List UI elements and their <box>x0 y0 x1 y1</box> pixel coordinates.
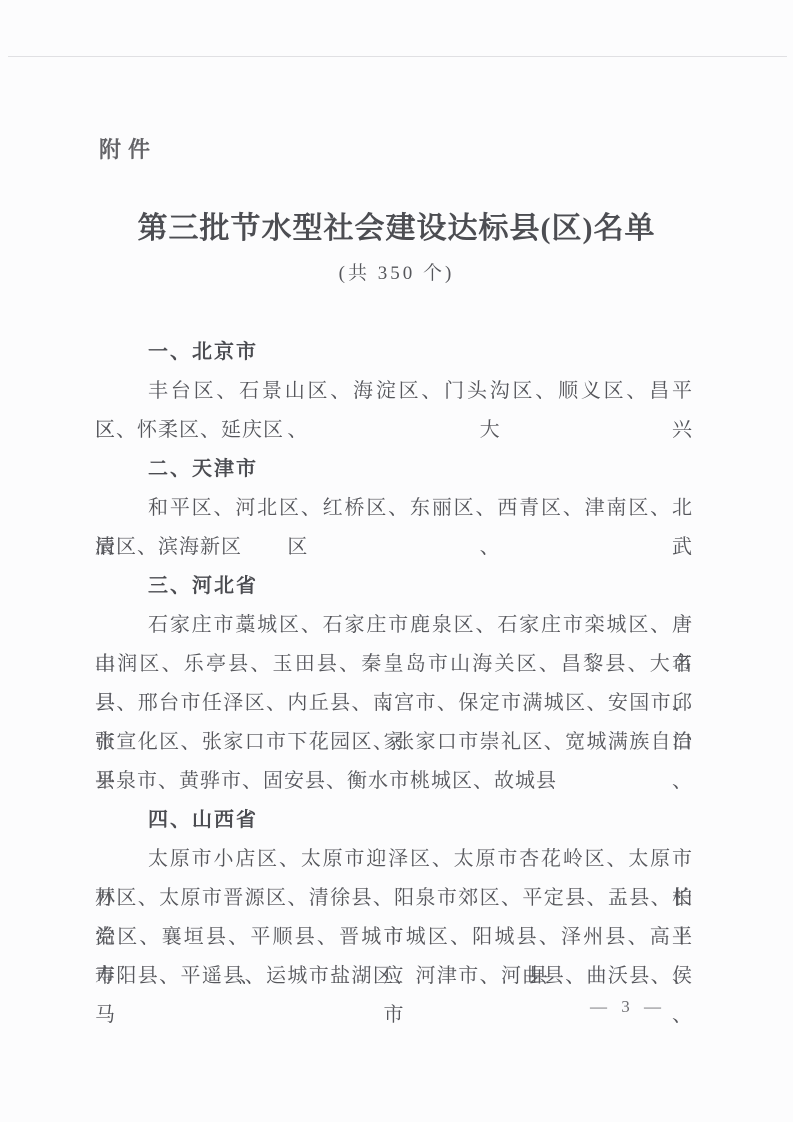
region-list-line: 党区、襄垣县、平顺县、晋城市城区、阳城县、泽州县、高平市、应县、 <box>95 918 693 957</box>
region-list-line: 和平区、河北区、红桥区、东丽区、西青区、津南区、北辰区、武 <box>95 489 693 528</box>
region-list-line: 市宣化区、张家口市下花园区、张家口市崇礼区、宽城满族自治县、 <box>95 723 693 762</box>
section-heading-shanxi: 四、山西省 <box>95 801 693 840</box>
region-list-line: 太原市小店区、太原市迎泽区、太原市杏花岭区、太原市万柏 <box>95 840 693 879</box>
section-heading-hebei: 三、河北省 <box>95 567 693 606</box>
region-list-line: 寿阳县、平遥县、运城市盐湖区、河津市、河曲县、曲沃县、侯马市、 <box>95 957 693 996</box>
document-body: 一、北京市 丰台区、石景山区、海淀区、门头沟区、顺义区、昌平区、大兴 区、怀柔区… <box>95 333 693 996</box>
attachment-label: 附件 <box>99 133 157 164</box>
document-title: 第三批节水型社会建设达标县(区)名单 <box>0 203 793 247</box>
scan-artifact-line <box>8 56 787 57</box>
region-list-line: 丰台区、石景山区、海淀区、门头沟区、顺义区、昌平区、大兴 <box>95 372 693 411</box>
section-heading-tianjin: 二、天津市 <box>95 450 693 489</box>
document-page: 附件 第三批节水型社会建设达标县(区)名单 (共 350 个) 一、北京市 丰台… <box>0 0 793 1122</box>
section-heading-beijing: 一、北京市 <box>95 333 693 372</box>
region-list-line: 丰润区、乐亭县、玉田县、秦皇岛市山海关区、昌黎县、大名县、邱 <box>95 645 693 684</box>
region-list-line: 县、邢台市任泽区、内丘县、南宫市、保定市满城区、安国市、张家口 <box>95 684 693 723</box>
region-list-line: 林区、太原市晋源区、清徐县、阳泉市郊区、平定县、盂县、长治市上 <box>95 879 693 918</box>
page-number: — 3 — <box>590 997 666 1017</box>
region-list-line: 石家庄市藁城区、石家庄市鹿泉区、石家庄市栾城区、唐山市 <box>95 606 693 645</box>
document-subtitle: (共 350 个) <box>0 258 793 285</box>
